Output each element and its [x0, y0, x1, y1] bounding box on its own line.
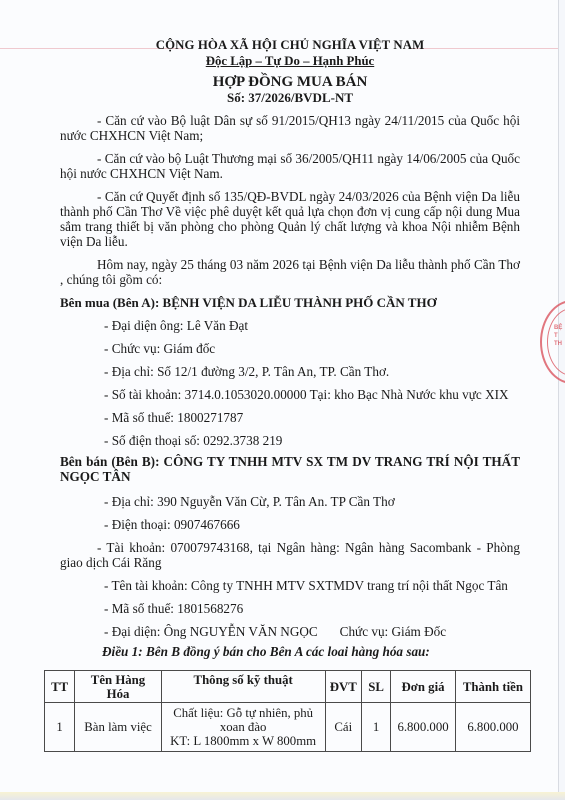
spec-dimensions: KT: L 1800mm x W 800mm	[165, 734, 322, 748]
header-tt: TT	[45, 671, 75, 703]
party-b-tax-code: - Mã số thuế: 1801568276	[60, 601, 520, 616]
party-b-representative-line: - Đại diện: Ông NGUYỄN VĂN NGỌCChức vụ: …	[60, 624, 520, 639]
document-title: HỢP ĐỒNG MUA BÁN	[60, 74, 520, 90]
party-a-account: - Số tài khoản: 3714.0.1053020.00000 Tại…	[60, 387, 520, 402]
header-unit: ĐVT	[325, 671, 362, 703]
party-b-position: Chức vụ: Giám Đốc	[340, 624, 446, 639]
intro-paragraph: Hôm nay, ngày 25 tháng 03 năm 2026 tại B…	[60, 257, 520, 287]
contract-body: CỘNG HÒA XÃ HỘI CHỦ NGHĨA VIỆT NAM Độc L…	[60, 38, 520, 659]
spec-material: Chất liệu: Gỗ tự nhiên, phủ xoan đào	[165, 706, 322, 734]
header-total: Thành tiền	[455, 671, 530, 703]
party-b-address: - Địa chỉ: 390 Nguyễn Văn Cừ, P. Tân An.…	[60, 494, 520, 509]
national-motto: Độc Lập – Tự Do – Hạnh Phúc	[60, 54, 520, 69]
table-row: 1 Bàn làm việc Chất liệu: Gỗ tự nhiên, p…	[45, 703, 531, 752]
cell-quantity: 1	[362, 703, 391, 752]
cell-unit-price: 6.800.000	[391, 703, 456, 752]
red-seal-stamp: BỆTTH	[540, 300, 565, 384]
party-a-address: - Địa chỉ: Số 12/1 đường 3/2, P. Tân An,…	[60, 364, 520, 379]
cell-item-name: Bàn làm việc	[75, 703, 162, 752]
document-number: Số: 37/2026/BVDL-NT	[60, 90, 520, 105]
header-specifications: Thông số kỹ thuật	[161, 671, 325, 703]
page-bottom-edge	[0, 792, 565, 800]
party-a-heading: Bên mua (Bên A): BỆNH VIỆN DA LIỄU THÀNH…	[60, 295, 520, 310]
party-a-representative: - Đại diện ông: Lê Văn Đạt	[60, 318, 520, 333]
national-title: CỘNG HÒA XÃ HỘI CHỦ NGHĨA VIỆT NAM	[60, 38, 520, 53]
document-page: CỘNG HÒA XÃ HỘI CHỦ NGHĨA VIỆT NAM Độc L…	[0, 0, 559, 792]
stamp-text: BỆTTH	[554, 324, 562, 348]
header-quantity: SL	[362, 671, 391, 703]
header-unit-price: Đơn giá	[391, 671, 456, 703]
cell-unit: Cái	[325, 703, 362, 752]
party-b-representative: - Đại diện: Ông NGUYỄN VĂN NGỌC	[104, 624, 318, 639]
party-a-position: - Chức vụ: Giám đốc	[60, 341, 520, 356]
party-b-bank-account: - Tài khoản: 070079743168, tại Ngân hàng…	[60, 540, 520, 570]
party-b-heading: Bên bán (Bên B): CÔNG TY TNHH MTV SX TM …	[60, 454, 520, 484]
legal-basis-commercial-law: - Căn cứ vào bộ Luật Thương mại số 36/20…	[60, 151, 520, 181]
party-a-phone: - Số điện thoại số: 0292.3738 219	[60, 433, 520, 448]
goods-table-header-row: TT Tên Hàng Hóa Thông số kỹ thuật ĐVT SL…	[45, 671, 531, 703]
party-a-tax-code: - Mã số thuế: 1800271787	[60, 410, 520, 425]
header-item-name: Tên Hàng Hóa	[75, 671, 162, 703]
legal-basis-civil-code: - Căn cứ vào Bộ luật Dân sự số 91/2015/Q…	[60, 113, 520, 143]
cell-total: 6.800.000	[455, 703, 530, 752]
goods-table: TT Tên Hàng Hóa Thông số kỹ thuật ĐVT SL…	[44, 670, 531, 752]
article-1-heading: Điều 1: Bên B đồng ý bán cho Bên A các l…	[60, 644, 520, 659]
party-b-account-name: - Tên tài khoản: Công ty TNHH MTV SXTMDV…	[60, 578, 520, 593]
party-b-phone: - Điện thoại: 0907467666	[60, 517, 520, 532]
legal-basis-decision: - Căn cứ Quyết định số 135/QĐ-BVDL ngày …	[60, 189, 520, 249]
cell-tt: 1	[45, 703, 75, 752]
cell-specifications: Chất liệu: Gỗ tự nhiên, phủ xoan đào KT:…	[161, 703, 325, 752]
